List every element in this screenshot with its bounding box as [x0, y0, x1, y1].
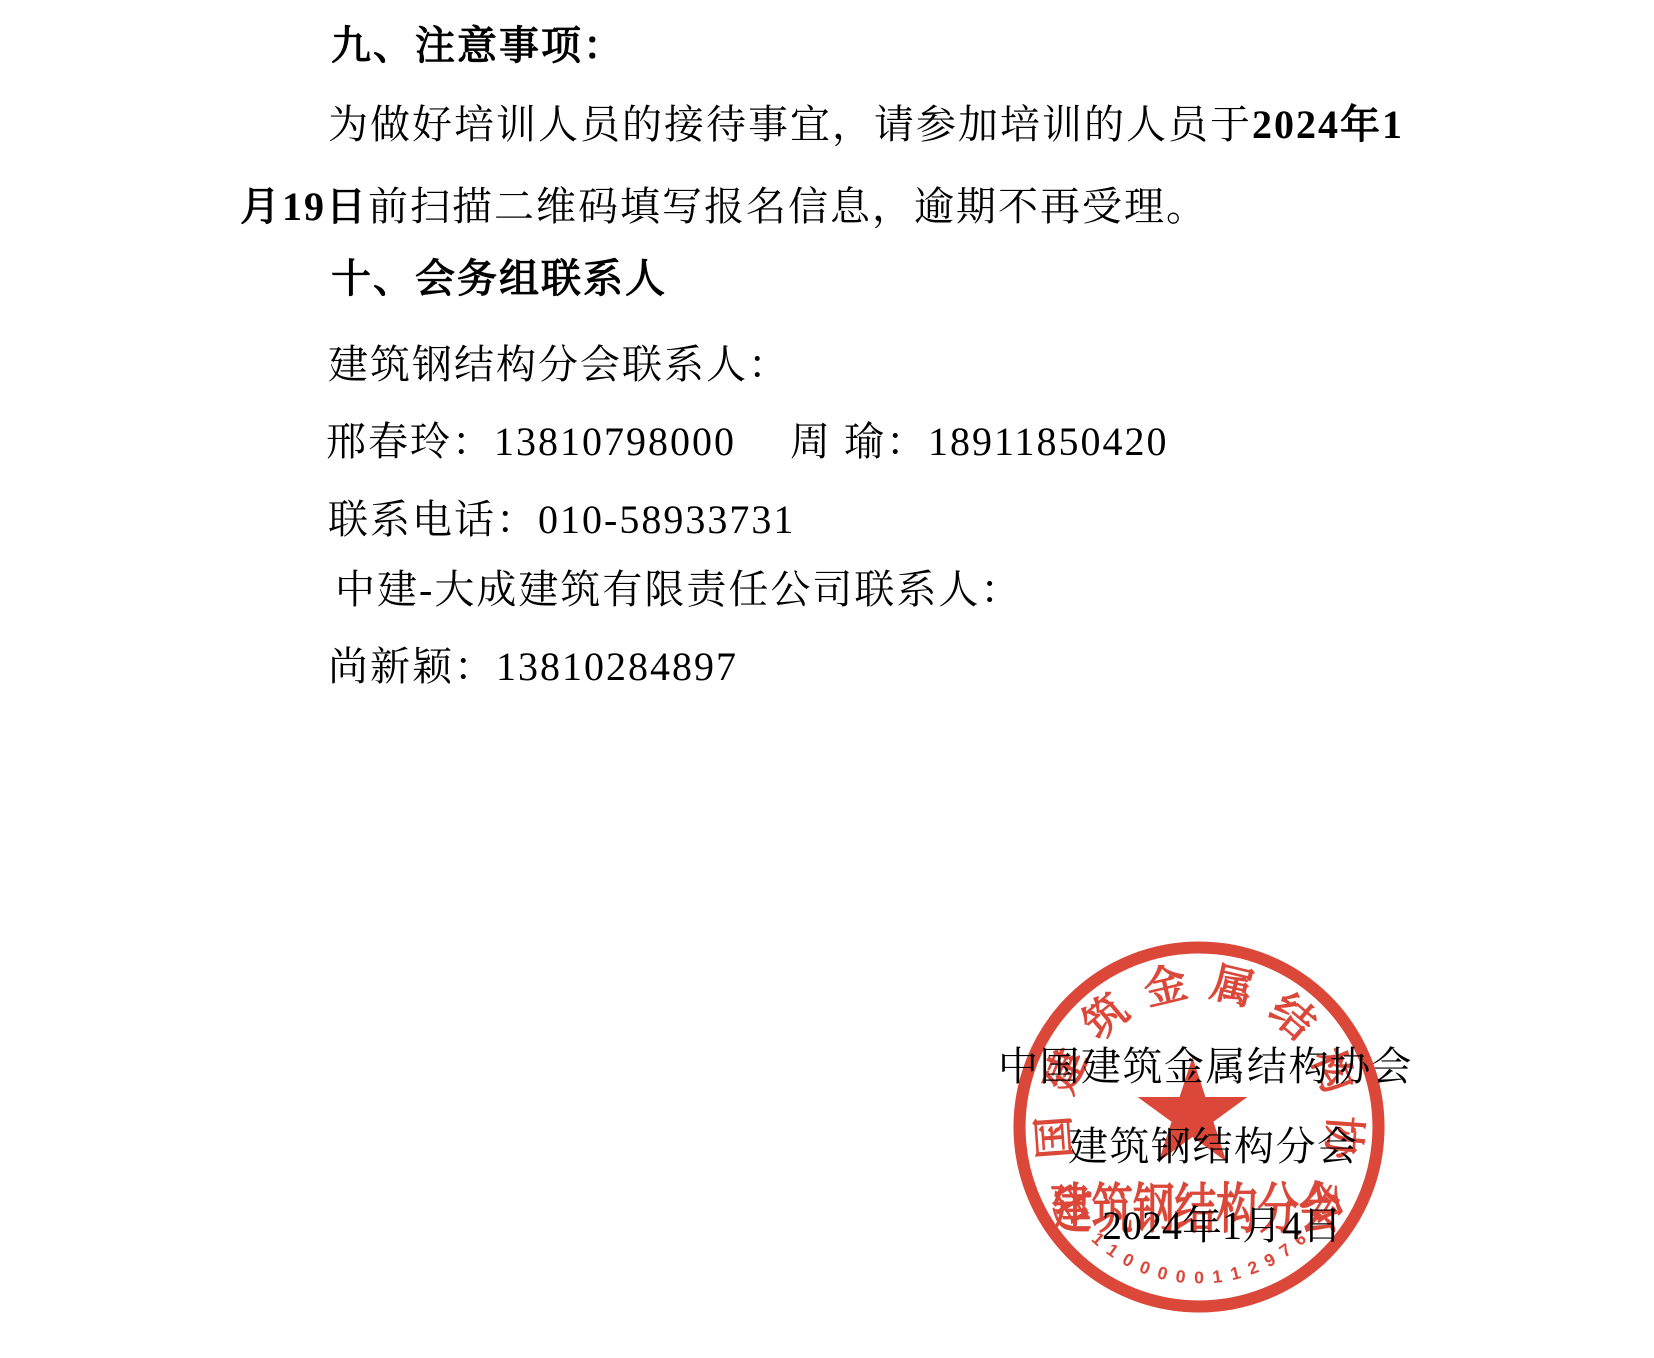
notes-line2-text: 前扫描二维码填写报名信息，逾期不再受理。 [368, 184, 1208, 229]
seal-serial-digit: 0 [1175, 1266, 1187, 1287]
seal-serial-digit: 0 [1194, 1268, 1204, 1288]
seal-serial-digit: 2 [1245, 1256, 1262, 1278]
notes-paragraph-line2: 月19日前扫描二维码填写报名信息，逾期不再受理。 [240, 185, 1208, 229]
seal-serial-digit: 1 [1211, 1266, 1223, 1287]
seal-arc-char: 属 [1206, 958, 1259, 1015]
notes-paragraph-line1: 为做好培训人员的接待事宜，请参加培训的人员于2024年1 [328, 103, 1404, 147]
notes-line1-date: 2024年1 [1252, 102, 1404, 147]
signature-date: 2024年1月4日 [1102, 1194, 1342, 1251]
seal-serial-digit: 1 [1228, 1262, 1243, 1284]
heading-notes: 九、注意事项： [331, 24, 625, 68]
seal-serial-digit: 9 [1261, 1249, 1279, 1271]
heading-contacts: 十、会务组联系人 [331, 257, 667, 301]
signature-org-line1: 中国建筑金属结构协会 [998, 1035, 1413, 1092]
contact-line-phones-2: 尚新颖：13810284897 [328, 645, 738, 689]
seal-arc-char: 金 [1139, 958, 1192, 1015]
signature-org-line2: 建筑钢结构分会 [1068, 1115, 1359, 1172]
contact-line-telephone: 联系电话：010-58933731 [328, 498, 795, 542]
notes-line1-text: 为做好培训人员的接待事宜，请参加培训的人员于 [328, 102, 1252, 147]
document-page: 九、注意事项： 为做好培训人员的接待事宜，请参加培训的人员于2024年1 月19… [0, 0, 1654, 1358]
seal-serial-digit: 0 [1119, 1249, 1137, 1271]
contact-line-branch: 建筑钢结构分会联系人： [328, 343, 790, 387]
contact-line-company: 中建-大成建筑有限责任公司联系人： [335, 568, 1022, 612]
seal-serial-digit: 0 [1155, 1262, 1170, 1284]
seal-serial-digit: 0 [1137, 1257, 1154, 1279]
contact-line-phones-1: 邢春玲：13810798000 周 瑜：18911850420 [326, 420, 1169, 464]
notes-line2-date: 月19日 [240, 184, 368, 229]
